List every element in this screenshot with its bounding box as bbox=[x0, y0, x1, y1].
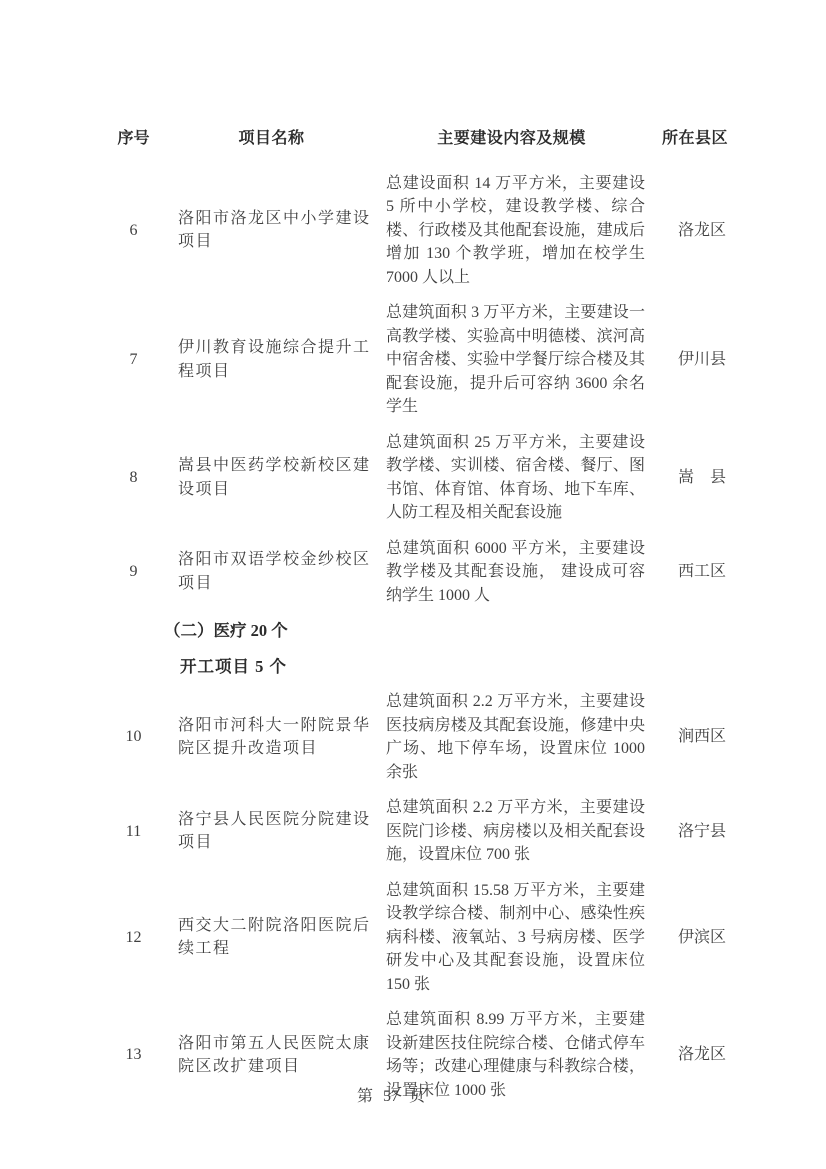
document-page: 序号 项目名称 主要建设内容及规模 所在县区 6 洛阳市洛龙区中小学建设项目 总… bbox=[0, 0, 826, 1169]
section-heading-start-projects: 开工项目 5 个 bbox=[180, 649, 745, 685]
column-header-district: 所在县区 bbox=[645, 127, 745, 151]
row-number: 10 bbox=[102, 725, 165, 749]
table-header-row: 序号 项目名称 主要建设内容及规模 所在县区 bbox=[102, 127, 745, 151]
project-content: 总建筑面积 2.2 万平方米，主要建设医院门诊楼、病房楼以及相关配套设施，设置床… bbox=[378, 796, 645, 867]
table-row: 7 伊川教育设施综合提升工程项目 总建筑面积 3 万平方米，主要建设一高教学楼、… bbox=[102, 295, 745, 425]
column-header-name: 项目名称 bbox=[165, 127, 378, 151]
project-district: 伊川县 bbox=[645, 348, 745, 372]
section-heading-medical: （二）医疗 20 个 bbox=[164, 613, 745, 649]
row-number: 9 bbox=[102, 560, 165, 584]
table-row: 10 洛阳市河科大一附院景华院区提升改造项目 总建筑面积 2.2 万平方米，主要… bbox=[102, 684, 745, 790]
table-row: 6 洛阳市洛龙区中小学建设项目 总建设面积 14 万平方米，主要建设 5 所中小… bbox=[102, 166, 745, 296]
table-row: 12 西交大二附院洛阳医院后续工程 总建筑面积 15.58 万平方米，主要建设教… bbox=[102, 873, 745, 1003]
project-name: 洛阳市双语学校金纱校区项目 bbox=[165, 548, 378, 595]
column-header-no: 序号 bbox=[102, 127, 165, 151]
project-name: 洛阳市洛龙区中小学建设项目 bbox=[165, 207, 378, 254]
project-district: 洛龙区 bbox=[645, 1043, 745, 1067]
project-name: 西交大二附院洛阳医院后续工程 bbox=[165, 914, 378, 961]
project-district: 西工区 bbox=[645, 560, 745, 584]
project-district: 洛龙区 bbox=[645, 219, 745, 243]
row-number: 13 bbox=[102, 1043, 165, 1067]
table-row: 11 洛宁县人民医院分院建设项目 总建筑面积 2.2 万平方米，主要建设医院门诊… bbox=[102, 790, 745, 873]
row-number: 8 bbox=[102, 466, 165, 490]
page-number: 第 57 页 bbox=[0, 1083, 804, 1106]
project-content: 总建筑面积 25 万平方米，主要建设教学楼、实训楼、宿舍楼、餐厅、图书馆、体育馆… bbox=[378, 431, 645, 525]
row-number: 12 bbox=[102, 926, 165, 950]
project-content: 总建设面积 14 万平方米，主要建设 5 所中小学校，建设教学楼、综合楼、行政楼… bbox=[378, 172, 645, 290]
column-header-content: 主要建设内容及规模 bbox=[378, 127, 645, 151]
row-number: 7 bbox=[102, 348, 165, 372]
project-content: 总建筑面积 15.58 万平方米，主要建设教学综合楼、制剂中心、感染性疾病科楼、… bbox=[378, 879, 645, 997]
project-name: 伊川教育设施综合提升工程项目 bbox=[165, 336, 378, 383]
project-content: 总建筑面积 2.2 万平方米，主要建设医技病房楼及其配套设施，修建中央广场、地下… bbox=[378, 690, 645, 784]
project-name: 洛宁县人民医院分院建设项目 bbox=[165, 808, 378, 855]
project-district: 涧西区 bbox=[645, 725, 745, 749]
table-row: 8 嵩县中医药学校新校区建设项目 总建筑面积 25 万平方米，主要建设教学楼、实… bbox=[102, 425, 745, 531]
project-district: 洛宁县 bbox=[645, 820, 745, 844]
project-content: 总建筑面积 6000 平方米，主要建设教学楼及其配套设施， 建设成可容纳学生 1… bbox=[378, 537, 645, 608]
project-content: 总建筑面积 3 万平方米，主要建设一高教学楼、实验高中明德楼、滨河高中宿舍楼、实… bbox=[378, 301, 645, 419]
project-name: 洛阳市第五人民医院太康院区改扩建项目 bbox=[165, 1032, 378, 1079]
row-number: 11 bbox=[102, 820, 165, 844]
project-district: 伊滨区 bbox=[645, 926, 745, 950]
projects-table: 序号 项目名称 主要建设内容及规模 所在县区 6 洛阳市洛龙区中小学建设项目 总… bbox=[102, 127, 745, 1108]
project-name: 洛阳市河科大一附院景华院区提升改造项目 bbox=[165, 714, 378, 761]
row-number: 6 bbox=[102, 219, 165, 243]
project-name: 嵩县中医药学校新校区建设项目 bbox=[165, 454, 378, 501]
project-district: 嵩 县 bbox=[645, 466, 745, 490]
table-row: 9 洛阳市双语学校金纱校区项目 总建筑面积 6000 平方米，主要建设教学楼及其… bbox=[102, 531, 745, 614]
